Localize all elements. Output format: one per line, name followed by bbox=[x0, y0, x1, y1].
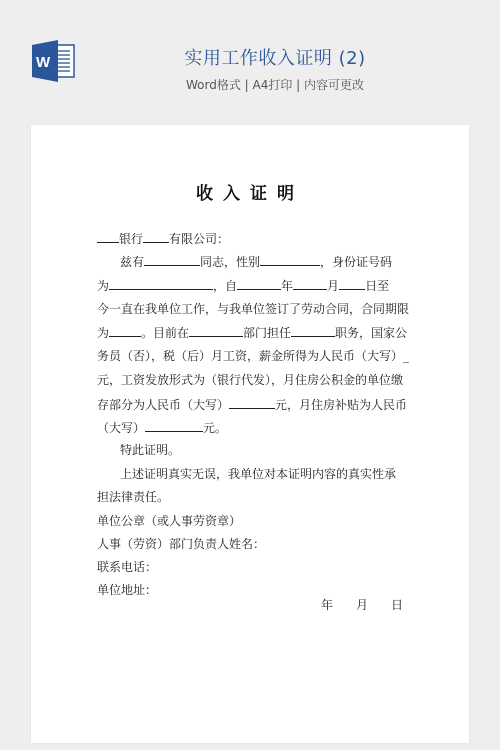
doc-line-5: 为。目前在部门担任职务，国家公 bbox=[97, 325, 407, 340]
header: W 实用工作收入证明 (2) Word格式 | A4打印 | 内容可更改 bbox=[0, 0, 500, 110]
doc-line-13: 单位公章（或人事劳资章） bbox=[97, 514, 241, 528]
doc-line-11: 上述证明真实无误，我单位对本证明内容的真实性承 bbox=[120, 467, 396, 481]
doc-line-6: 务员（否），税（后）月工资，薪金所得为人民币（大写）_ bbox=[97, 349, 409, 363]
doc-line-4: 今一直在我单位工作，与我单位签订了劳动合同，合同期限 bbox=[97, 302, 409, 316]
doc-line-2: 兹有同志，性别，身份证号码 bbox=[120, 254, 392, 269]
document-page: 收入证明 银行有限公司： 兹有同志，性别，身份证号码 为，自年月日至 今一直在我… bbox=[31, 125, 469, 743]
doc-line-7: 元，工资发放形式为（银行代发），月住房公积金的单位缴 bbox=[97, 373, 403, 387]
date-day: 日 bbox=[391, 596, 403, 613]
doc-line-9: （大写）元。 bbox=[97, 420, 227, 435]
doc-line-16: 单位地址： bbox=[97, 583, 157, 597]
document-title: 收入证明 bbox=[31, 179, 469, 204]
doc-line-3: 为，自年月日至 bbox=[97, 278, 389, 293]
doc-line-15: 联系电话： bbox=[97, 560, 157, 574]
doc-line-12: 担法律责任。 bbox=[97, 490, 169, 504]
date-year: 年 bbox=[321, 596, 333, 613]
date-month: 月 bbox=[356, 596, 368, 613]
page-subtitle: Word格式 | A4打印 | 内容可更改 bbox=[0, 76, 500, 93]
page-title: 实用工作收入证明 (2) bbox=[0, 44, 500, 70]
doc-line-14: 人事（劳资）部门负责人姓名： bbox=[97, 537, 265, 551]
doc-line-1: 银行有限公司： bbox=[97, 231, 229, 246]
doc-line-10: 特此证明。 bbox=[120, 443, 180, 457]
doc-line-8: 存部分为人民币（大写）元，月住房补贴为人民币 bbox=[97, 397, 407, 412]
